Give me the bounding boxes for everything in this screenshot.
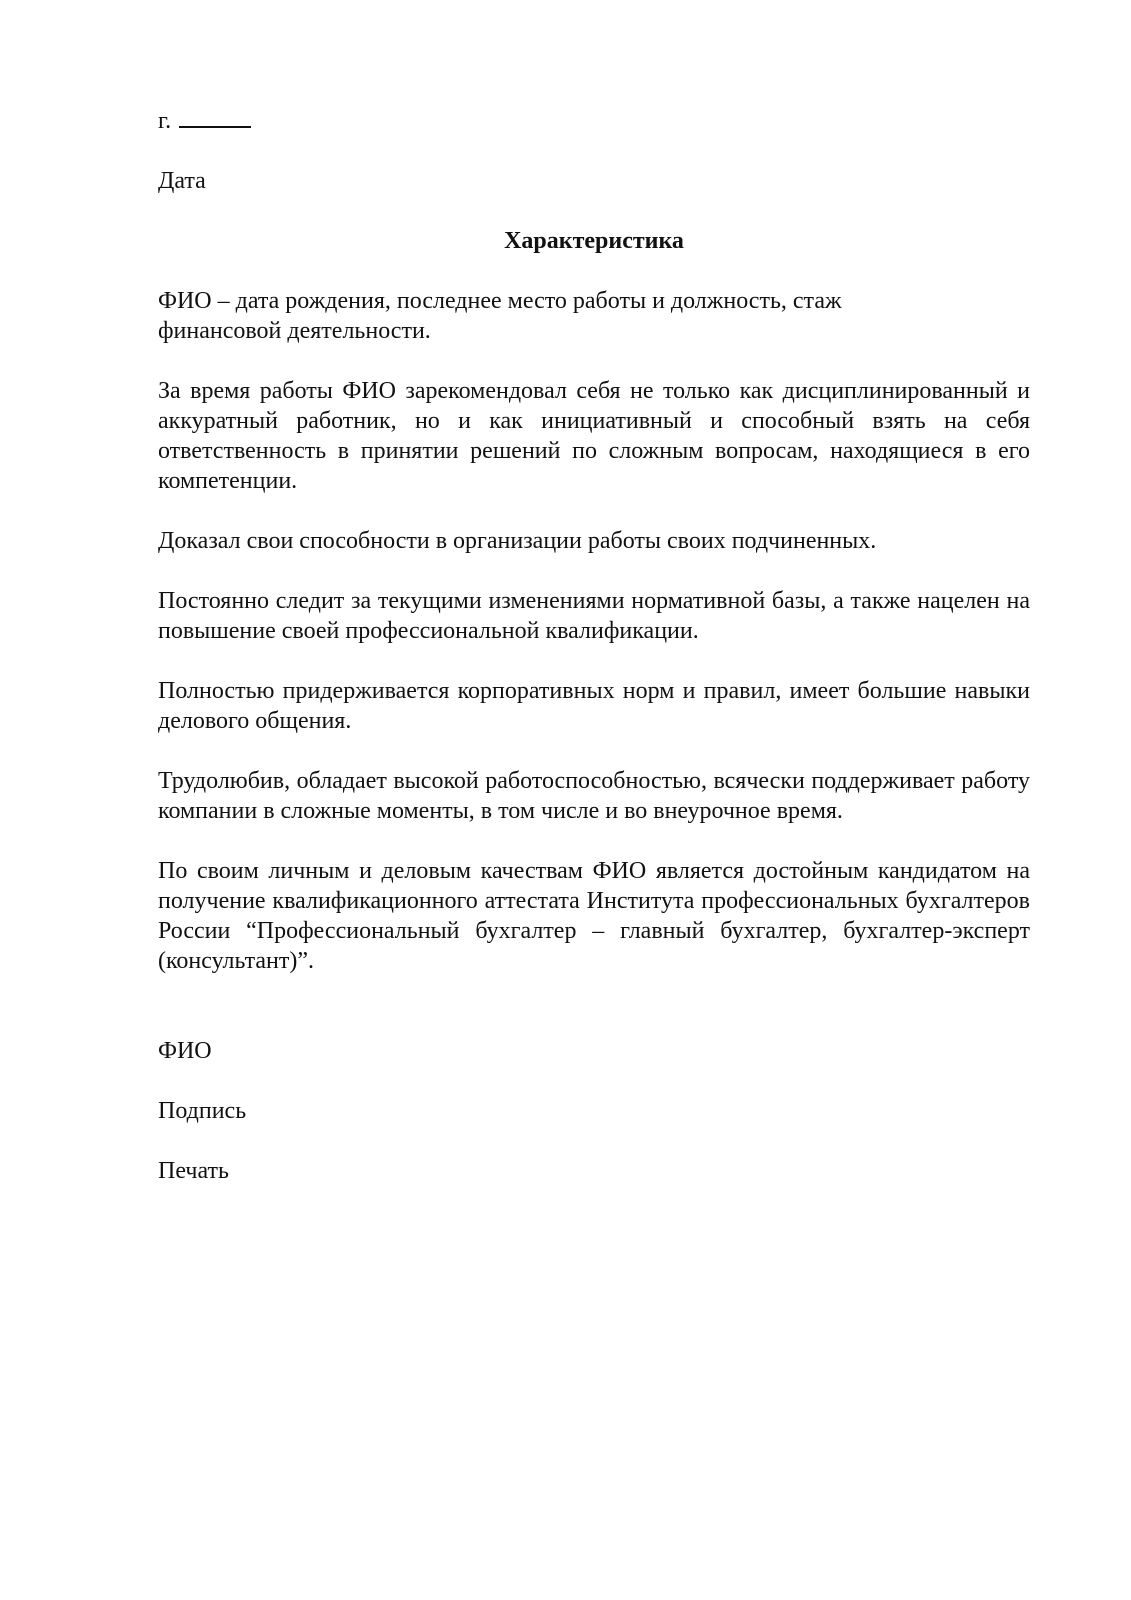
paragraph-work-ethic: Трудолюбив, обладает высокой работоспосо…	[158, 766, 1030, 826]
document-title: Характеристика	[158, 226, 1030, 256]
paragraph-personal-info: ФИО – дата рождения, последнее место раб…	[158, 286, 918, 346]
paragraph-corporate-norms: Полностью придерживается корпоративных н…	[158, 676, 1030, 736]
paragraph-qualification: Постоянно следит за текущими изменениями…	[158, 586, 1030, 646]
signature-name-label: ФИО	[158, 1036, 212, 1066]
date-label: Дата	[158, 166, 206, 196]
paragraph-reputation: За время работы ФИО зарекомендовал себя …	[158, 376, 1030, 496]
city-prefix: г.	[158, 108, 171, 134]
signature-sign-label: Подпись	[158, 1096, 246, 1126]
paragraph-management: Доказал свои способности в организации р…	[158, 526, 1030, 556]
city-line: г.	[158, 106, 251, 136]
signature-stamp-label: Печать	[158, 1156, 229, 1186]
city-blank-field	[179, 106, 251, 128]
paragraph-conclusion: По своим личным и деловым качествам ФИО …	[158, 856, 1030, 976]
